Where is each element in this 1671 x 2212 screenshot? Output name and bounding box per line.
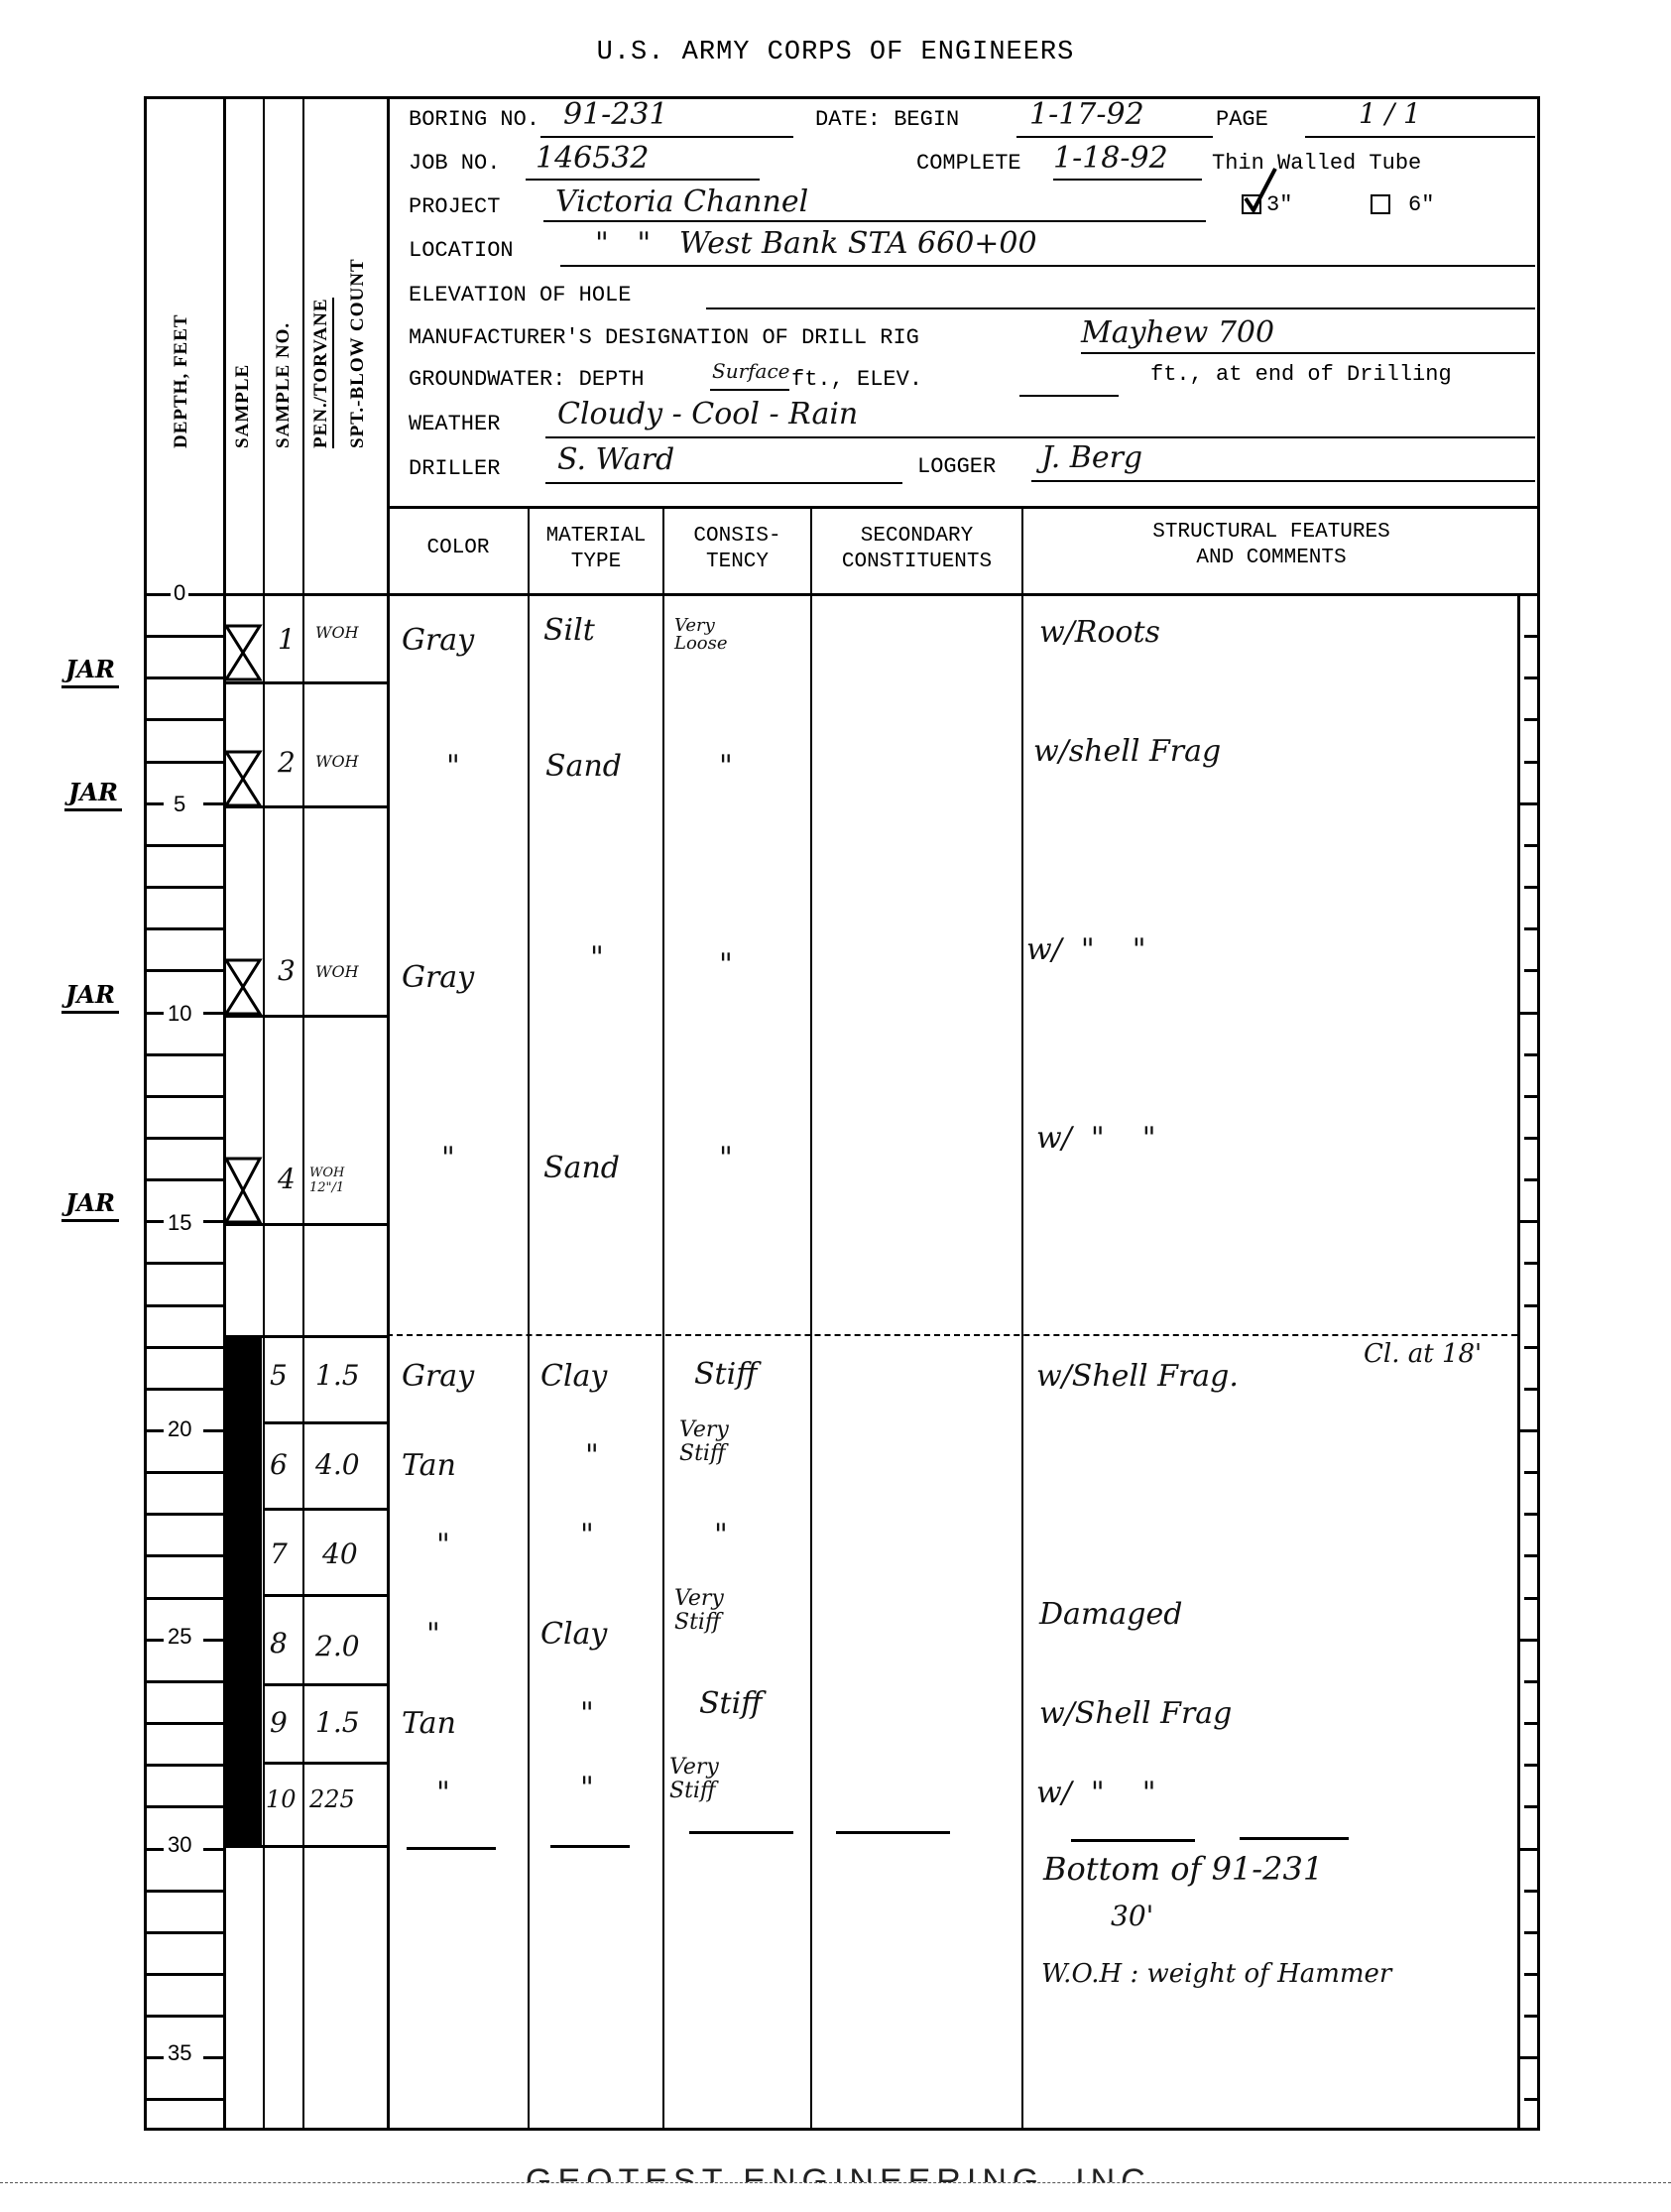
end-line — [689, 1831, 793, 1834]
field-underline — [545, 482, 902, 484]
right-depth-tick — [1524, 1764, 1540, 1767]
divider — [144, 593, 1540, 596]
depth-tick — [203, 1012, 223, 1015]
right-depth-tick — [1524, 1262, 1540, 1265]
comments-header-line1: STRUCTURAL FEATURES — [1023, 520, 1519, 546]
comment-cell: Damaged — [1039, 1597, 1182, 1632]
depth-tick — [144, 1429, 164, 1432]
depth-tick — [147, 1346, 223, 1349]
right-depth-tick — [1524, 1513, 1540, 1516]
right-depth-tick — [1517, 802, 1540, 805]
field-underline — [1081, 352, 1535, 354]
blow-count: 40 — [322, 1537, 358, 1570]
depth-label-30: 30 — [165, 1832, 194, 1858]
blow-count: WOH — [315, 623, 359, 642]
right-depth-tick — [1524, 2098, 1540, 2101]
depth-tick — [147, 844, 223, 847]
consistency-header-line1: CONSIS- — [664, 524, 810, 550]
depth-tick — [147, 718, 223, 721]
sample-divider — [263, 1594, 387, 1597]
consistency-cell: Very Stiff — [669, 1756, 764, 1803]
color-cell: " — [436, 1776, 450, 1810]
depth-tick — [147, 1680, 223, 1683]
blow-count: 1.5 — [315, 1359, 360, 1392]
right-depth-tick — [1524, 927, 1540, 930]
right-depth-tick — [1524, 1554, 1540, 1557]
material-header-line2: TYPE — [530, 550, 662, 575]
right-depth-tick — [1524, 1346, 1540, 1349]
field-underline — [710, 389, 789, 391]
depth-tick — [147, 1053, 223, 1056]
right-depth-tick — [1524, 1388, 1540, 1391]
date-begin-label: DATE: BEGIN — [815, 107, 959, 132]
end-line — [1240, 1837, 1349, 1840]
sample-marker-icon — [223, 749, 263, 808]
right-depth-tick — [1524, 886, 1540, 889]
material-cell: Sand — [543, 1151, 620, 1185]
depth-label-15: 15 — [165, 1210, 194, 1236]
color-cell: " — [436, 1528, 450, 1562]
field-underline — [545, 436, 1535, 438]
depth-tick — [147, 761, 223, 764]
sample-divider — [263, 1508, 387, 1511]
consistency-header: CONSIS- TENCY — [664, 524, 810, 575]
blow-count: WOH 12"/1 — [309, 1166, 369, 1195]
tube-3in-checkbox[interactable] — [1242, 194, 1261, 214]
right-depth-tick — [1524, 1095, 1540, 1098]
tube-6in-label: 6" — [1408, 192, 1434, 217]
depth-tick — [147, 1890, 223, 1893]
woh-definition-note: W.O.H : weight of Hammer — [1041, 1959, 1391, 1989]
sample-no: 9 — [270, 1706, 288, 1739]
depth-feet-header: DEPTH, FEET — [171, 313, 192, 448]
material-header-line1: MATERIAL — [530, 524, 662, 550]
tube-sample-bar — [226, 1335, 262, 1846]
material-cell: " — [585, 1438, 599, 1473]
right-depth-tick — [1524, 1597, 1540, 1600]
blow-count: 225 — [309, 1785, 355, 1813]
depth-tick — [144, 1220, 164, 1223]
depth-label-5: 5 — [171, 792, 188, 817]
depth-tick — [144, 802, 164, 805]
material-cell: Clay — [540, 1617, 607, 1652]
consistency-cell: " — [719, 749, 733, 784]
color-column-header: COLOR — [389, 536, 528, 561]
depth-label-35: 35 — [165, 2040, 194, 2066]
divider — [1021, 506, 1023, 2131]
sample-no: 7 — [270, 1537, 288, 1570]
tube-6in-checkbox[interactable] — [1371, 194, 1390, 214]
job-no-label: JOB NO. — [409, 151, 500, 176]
end-line — [550, 1845, 630, 1848]
comments-header-line2: AND COMMENTS — [1023, 546, 1519, 571]
end-line — [1071, 1839, 1195, 1842]
blow-count: 2.0 — [315, 1630, 360, 1662]
color-cell: Gray — [402, 960, 474, 995]
depth-tick — [203, 2056, 223, 2059]
right-depth-tick — [1524, 1805, 1540, 1808]
divider — [810, 506, 812, 2131]
depth-tick — [147, 969, 223, 972]
groundwater-label: GROUNDWATER: DEPTH — [409, 367, 645, 392]
consistency-cell: Very Loose — [674, 617, 754, 653]
sample-no: 6 — [270, 1448, 288, 1481]
divider — [387, 96, 390, 2131]
sample-no: 3 — [278, 954, 296, 987]
jar-label: JAR — [61, 980, 119, 1014]
blow-count: 4.0 — [315, 1448, 360, 1481]
sample-marker-icon — [223, 1156, 263, 1225]
depth-tick — [147, 1805, 223, 1808]
depth-tick — [147, 1137, 223, 1140]
complete-field[interactable]: 1-18-92 — [1053, 141, 1168, 176]
depth-label-10: 10 — [165, 1001, 194, 1027]
right-depth-tick — [1524, 844, 1540, 847]
location-field[interactable]: " " West Bank STA 660+00 — [595, 226, 1037, 261]
depth-tick — [147, 1722, 223, 1725]
color-cell: " — [446, 749, 460, 784]
comment-cell: w/shell Frag — [1033, 734, 1221, 769]
consistency-cell: Stiff — [694, 1357, 757, 1392]
end-line — [836, 1831, 950, 1834]
depth-tick — [203, 802, 223, 805]
sample-no: 4 — [278, 1163, 296, 1195]
depth-tick — [147, 927, 223, 930]
material-cell: " — [590, 940, 604, 975]
depth-tick — [147, 1973, 223, 1976]
strata-boundary — [387, 1334, 1517, 1336]
material-cell: Sand — [545, 749, 622, 784]
bottom-depth-note: 30' — [1111, 1900, 1153, 1932]
tube-3in-label: 3" — [1266, 192, 1292, 217]
field-underline — [706, 307, 1535, 309]
sample-divider — [263, 1762, 387, 1765]
right-depth-tick — [1524, 969, 1540, 972]
consistency-cell: Very Stiff — [679, 1418, 769, 1466]
secondary-constituents-header: SECONDARY CONSTITUENTS — [812, 524, 1021, 575]
location-label: LOCATION — [409, 238, 514, 263]
color-cell: Tan — [402, 1448, 456, 1483]
consistency-cell: Stiff — [699, 1686, 762, 1721]
depth-tick — [144, 1848, 164, 1851]
field-underline — [543, 220, 1206, 222]
field-underline — [1019, 395, 1119, 397]
right-depth-tick — [1524, 1931, 1540, 1934]
end-line — [407, 1847, 496, 1850]
date-begin-field[interactable]: 1-17-92 — [1029, 97, 1144, 132]
material-cell: " — [580, 1771, 594, 1805]
sample-no-header: SAMPLE NO. — [273, 322, 295, 448]
sample-marker-icon — [223, 957, 263, 1017]
depth-tick — [147, 1178, 223, 1181]
pen-torvane-header: PEN./TORVANE — [310, 298, 334, 448]
blow-count: WOH — [315, 752, 359, 771]
comment-cell: w/ " " — [1036, 1121, 1156, 1156]
project-label: PROJECT — [409, 194, 500, 219]
divider — [387, 506, 1540, 509]
right-depth-tick — [1524, 1973, 1540, 1976]
depth-tick — [147, 1262, 223, 1265]
sample-header: SAMPLE — [232, 364, 254, 448]
consistency-header-line2: TENCY — [664, 550, 810, 575]
depth-tick — [147, 1597, 223, 1600]
sample-divider — [223, 1223, 387, 1226]
material-cell: " — [580, 1518, 594, 1552]
depth-tick — [147, 1304, 223, 1307]
job-no-field[interactable]: 146532 — [536, 141, 650, 176]
depth-tick — [147, 635, 223, 638]
depth-tick — [147, 1471, 223, 1474]
bottom-of-boring-note: Bottom of 91-231 — [1043, 1850, 1323, 1888]
sample-marker-icon — [223, 623, 263, 682]
groundwater-elev-label: ft., ELEV. — [791, 367, 922, 392]
driller-label: DRILLER — [409, 456, 500, 481]
spt-blow-count-header: SPT.-BLOW COUNT — [347, 258, 369, 448]
consistency-cell: " — [714, 1518, 728, 1552]
divider — [1517, 593, 1520, 2131]
material-cell: Clay — [540, 1359, 607, 1394]
depth-tick — [203, 1429, 223, 1432]
right-depth-tick — [1524, 1304, 1540, 1307]
depth-label-25: 25 — [165, 1624, 194, 1650]
material-type-header: MATERIAL TYPE — [530, 524, 662, 575]
right-depth-tick — [1524, 1890, 1540, 1893]
right-depth-tick — [1524, 1471, 1540, 1474]
sample-divider — [223, 805, 387, 808]
right-depth-tick — [1524, 635, 1540, 638]
depth-label-20: 20 — [165, 1416, 194, 1442]
right-depth-tick — [1524, 761, 1540, 764]
groundwater-depth-field[interactable]: Surface — [712, 359, 790, 383]
boring-no-field[interactable]: 91-231 — [563, 97, 668, 132]
depth-tick — [203, 1639, 223, 1642]
secondary-header-line2: CONSTITUENTS — [812, 550, 1021, 575]
field-underline — [526, 179, 760, 181]
sample-no: 10 — [266, 1785, 297, 1813]
depth-tick — [147, 1931, 223, 1934]
right-depth-tick — [1524, 1053, 1540, 1056]
right-depth-tick — [1524, 718, 1540, 721]
page-field[interactable]: 1 / 1 — [1359, 97, 1421, 130]
field-underline — [1053, 179, 1202, 181]
right-depth-tick — [1524, 676, 1540, 679]
divider — [528, 506, 530, 2131]
comment-cell: w/Roots — [1039, 615, 1160, 650]
sample-no: 1 — [278, 623, 296, 656]
color-cell: Gray — [402, 623, 474, 658]
drill-rig-field[interactable]: Mayhew 700 — [1081, 315, 1274, 350]
right-depth-tick — [1517, 1220, 1540, 1223]
comment-cell: w/Shell Frag. — [1036, 1359, 1239, 1394]
weather-label: WEATHER — [409, 412, 500, 436]
boring-no-label: BORING NO. — [409, 107, 539, 132]
field-underline — [1016, 136, 1213, 138]
clay-depth-note: Cl. at 18' — [1364, 1339, 1482, 1369]
depth-tick — [147, 2098, 223, 2101]
jar-label: JAR — [61, 655, 119, 688]
right-depth-tick — [1517, 1639, 1540, 1642]
depth-tick — [144, 1639, 164, 1642]
depth-tick — [147, 1095, 223, 1098]
depth-tick — [147, 1764, 223, 1767]
divider — [263, 96, 265, 2131]
jar-label: JAR — [64, 778, 122, 811]
right-depth-tick — [1524, 1722, 1540, 1725]
page-edge — [0, 2182, 1671, 2183]
sample-divider — [263, 1421, 387, 1424]
complete-label: COMPLETE — [916, 151, 1021, 176]
color-cell: " — [441, 1141, 455, 1175]
right-depth-tick — [1524, 1137, 1540, 1140]
field-underline — [560, 265, 1535, 267]
groundwater-suffix-label: ft., at end of Drilling — [1150, 362, 1452, 387]
field-underline — [1305, 136, 1535, 138]
color-cell: Tan — [402, 1706, 456, 1741]
field-underline — [1031, 480, 1535, 482]
right-depth-tick — [1517, 1429, 1540, 1432]
depth-tick — [147, 886, 223, 889]
sample-divider — [223, 681, 387, 684]
sample-divider — [263, 1683, 387, 1686]
field-underline — [540, 136, 793, 138]
divider — [662, 506, 664, 2131]
depth-label-0: 0 — [171, 580, 188, 606]
consistency-cell: " — [719, 947, 733, 982]
sample-divider — [223, 1015, 387, 1018]
depth-tick — [147, 1554, 223, 1557]
depth-tick — [144, 2056, 164, 2059]
right-depth-tick — [1524, 2015, 1540, 2018]
material-cell: " — [580, 1696, 594, 1731]
sample-divider — [226, 1335, 387, 1338]
elevation-label: ELEVATION OF HOLE — [409, 283, 631, 307]
depth-tick — [147, 1388, 223, 1391]
sample-divider — [226, 1845, 387, 1848]
page-label: PAGE — [1216, 107, 1268, 132]
page-title: U.S. ARMY CORPS OF ENGINEERS — [0, 38, 1671, 67]
structural-features-header: STRUCTURAL FEATURES AND COMMENTS — [1023, 520, 1519, 571]
footer-company: GEOTEST ENGINEERING, INC. — [526, 2162, 1166, 2182]
right-depth-tick — [1517, 1012, 1540, 1015]
depth-tick — [203, 1220, 223, 1223]
right-depth-tick — [1524, 1680, 1540, 1683]
comment-cell: w/Shell Frag — [1039, 1696, 1232, 1731]
right-depth-tick — [1517, 1848, 1540, 1851]
depth-tick — [203, 1848, 223, 1851]
weather-field[interactable]: Cloudy - Cool - Rain — [557, 397, 858, 431]
project-field[interactable]: Victoria Channel — [555, 184, 808, 219]
color-cell: " — [426, 1617, 440, 1652]
driller-field[interactable]: S. Ward — [557, 442, 674, 477]
right-depth-tick — [1517, 2056, 1540, 2059]
blow-count: WOH — [315, 962, 359, 981]
blow-count: 1.5 — [315, 1706, 360, 1739]
depth-tick — [147, 2015, 223, 2018]
depth-tick — [147, 1513, 223, 1516]
sample-no: 5 — [270, 1359, 288, 1392]
material-cell: Silt — [543, 613, 595, 648]
comment-cell: w/ " " — [1026, 932, 1146, 967]
logger-field[interactable]: J. Berg — [1041, 440, 1142, 475]
secondary-header-line1: SECONDARY — [812, 524, 1021, 550]
consistency-cell: Very Stiff — [674, 1587, 764, 1635]
color-cell: Gray — [402, 1359, 474, 1394]
jar-label: JAR — [61, 1188, 119, 1222]
right-depth-tick — [1524, 1178, 1540, 1181]
consistency-cell: " — [719, 1141, 733, 1175]
logger-label: LOGGER — [917, 454, 996, 479]
sample-no: 2 — [278, 746, 296, 779]
divider — [302, 96, 304, 2131]
depth-tick — [147, 676, 223, 679]
sample-no: 8 — [270, 1627, 288, 1659]
drill-rig-label: MANUFACTURER'S DESIGNATION OF DRILL RIG — [409, 325, 919, 350]
comment-cell: w/ " " — [1036, 1776, 1156, 1810]
depth-tick — [144, 1012, 164, 1015]
